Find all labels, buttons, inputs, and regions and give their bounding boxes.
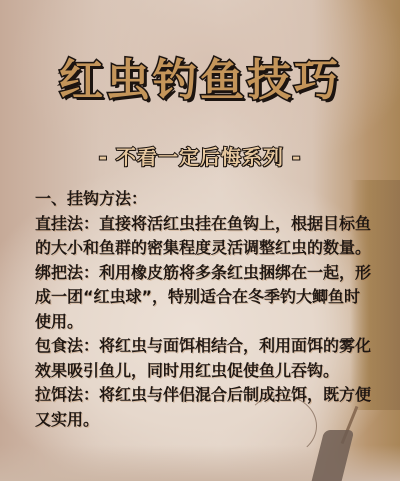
article-body: 一、挂钩方法： 直挂法：直接将活红虫挂在鱼钩上，根据目标鱼的大小和鱼群的密集程度… — [35, 187, 375, 432]
paragraph-pull-bait: 拉饵法：将红虫与伴侣混合后制成拉饵，既方便又实用。 — [35, 383, 375, 432]
paragraph-wrap-bait: 包食法：将红虫与面饵相结合，利用面饵的雾化效果吸引鱼儿，同时用红虫促使鱼儿吞钩。 — [35, 334, 375, 383]
section-heading: 一、挂钩方法： — [35, 187, 375, 212]
paragraph-direct-hook: 直挂法：直接将活红虫挂在鱼钩上，根据目标鱼的大小和鱼群的密集程度灵活调整红虫的数… — [35, 212, 375, 261]
page-subtitle: - 不看一定后悔系列 - — [0, 141, 400, 170]
page-title: 红虫钓鱼技巧 — [0, 44, 400, 108]
paragraph-bundle: 绑把法：利用橡皮筋将多条红虫捆绑在一起，形成一团“红虫球”，特别适合在冬季钓大鲫… — [35, 261, 375, 335]
